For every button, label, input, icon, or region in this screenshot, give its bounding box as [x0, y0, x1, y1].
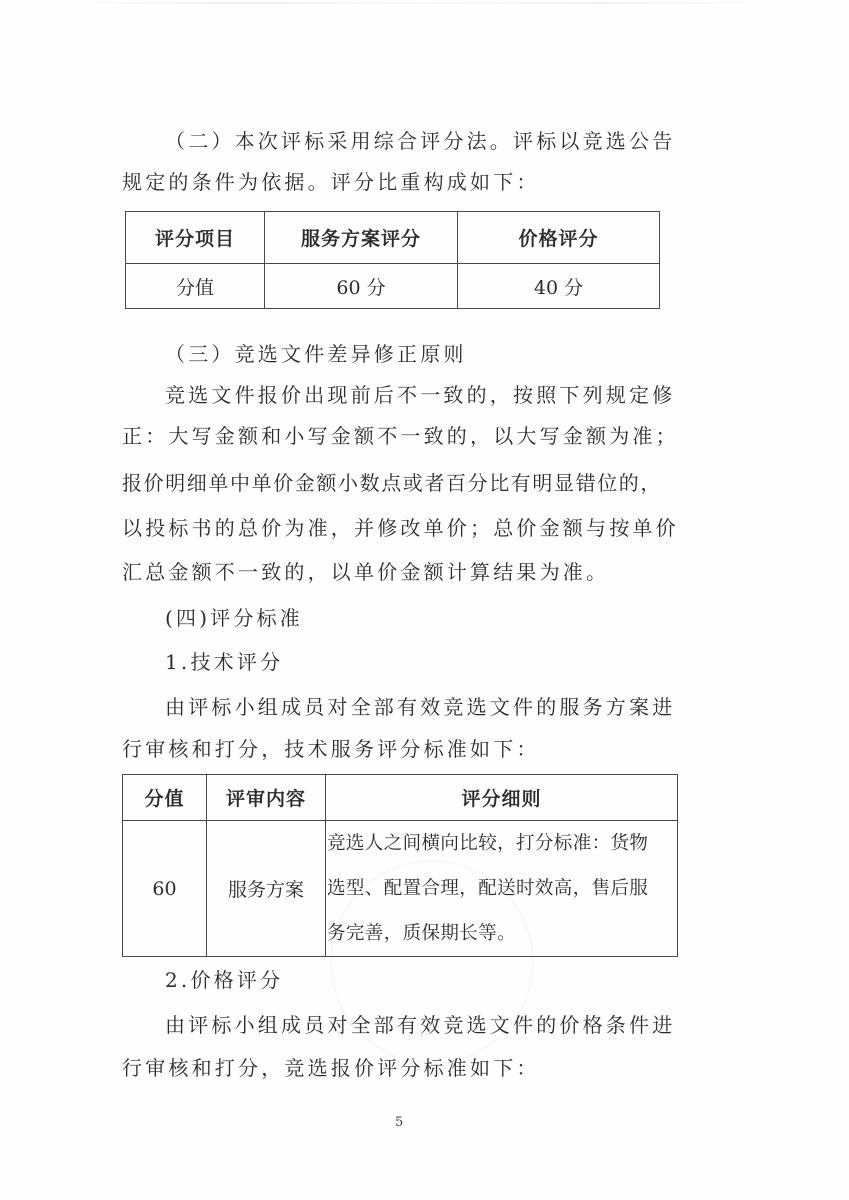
section4-sub1-line: 由评标小组成员对全部有效竞选文件的服务方案进 — [165, 693, 675, 721]
header-cell-service-plan: 服务方案评分 — [265, 212, 458, 264]
section2-line2: 规定的条件为依据。评分比重构成如下： — [122, 168, 540, 196]
section4-sub1-line: 行审核和打分，技术服务评分标准如下： — [122, 735, 540, 763]
table-row: 60 服务方案 竞选人之间横向比较，打分标准：货物 选型、配置合理，配送时效高，… — [123, 821, 678, 957]
scoring-rule-line: 务完善，质保期长等。 — [327, 911, 677, 956]
technical-scoring-table: 分值 评审内容 评分细则 60 服务方案 竞选人之间横向比较，打分标准：货物 选… — [122, 774, 678, 957]
cell-price-score: 40 分 — [458, 264, 660, 309]
header-cell-score: 分值 — [123, 775, 207, 821]
table-row: 分值 60 分 40 分 — [126, 264, 660, 309]
cell-score-label: 分值 — [126, 264, 265, 309]
cell-review-content: 服务方案 — [207, 821, 326, 957]
section3-line: 报价明细单中单价金额小数点或者百分比有明显错位的， — [122, 469, 662, 497]
section3-line: 正：大写金额和小写金额不一致的，以大写金额为准； — [122, 422, 679, 450]
header-cell-item: 评分项目 — [126, 212, 265, 264]
section4-heading: (四)评分标准 — [165, 604, 303, 632]
section4-sub1-heading: 1.技术评分 — [165, 648, 283, 676]
section3-line: 竞选文件报价出现前后不一致的，按照下列规定修 — [165, 381, 675, 409]
section4-sub2-line: 行审核和打分，竞选报价评分标准如下： — [122, 1054, 540, 1082]
section3-line: 汇总金额不一致的，以单价金额计算结果为准。 — [122, 558, 609, 586]
table-header-row: 评分项目 服务方案评分 价格评分 — [126, 212, 660, 264]
header-cell-scoring-rules: 评分细则 — [326, 775, 678, 821]
cell-service-score: 60 分 — [265, 264, 458, 309]
scan-edge-artifact — [60, 2, 780, 4]
table-header-row: 分值 评审内容 评分细则 — [123, 775, 678, 821]
section4-sub2-line: 由评标小组成员对全部有效竞选文件的价格条件进 — [165, 1011, 675, 1039]
document-page: （二）本次评标采用综合评分法。评标以竞选公告 规定的条件为依据。评分比重构成如下… — [0, 0, 849, 1200]
page-number: 5 — [395, 1115, 403, 1130]
header-cell-review-content: 评审内容 — [207, 775, 326, 821]
header-cell-price: 价格评分 — [458, 212, 660, 264]
score-weight-table: 评分项目 服务方案评分 价格评分 分值 60 分 40 分 — [125, 211, 660, 309]
section4-sub2-heading: 2.价格评分 — [165, 966, 283, 994]
cell-score: 60 — [123, 821, 207, 957]
section3-line: 以投标书的总价为准，并修改单价；总价金额与按单价 — [122, 514, 679, 542]
section2-line1: （二）本次评标采用综合评分法。评标以竞选公告 — [165, 127, 675, 155]
section3-heading: （三）竞选文件差异修正原则 — [165, 340, 467, 368]
scoring-rule-line: 选型、配置合理，配送时效高，售后服 — [327, 866, 677, 911]
cell-scoring-rules: 竞选人之间横向比较，打分标准：货物 选型、配置合理，配送时效高，售后服 务完善，… — [326, 821, 678, 957]
scoring-rule-line: 竞选人之间横向比较，打分标准：货物 — [327, 821, 677, 866]
